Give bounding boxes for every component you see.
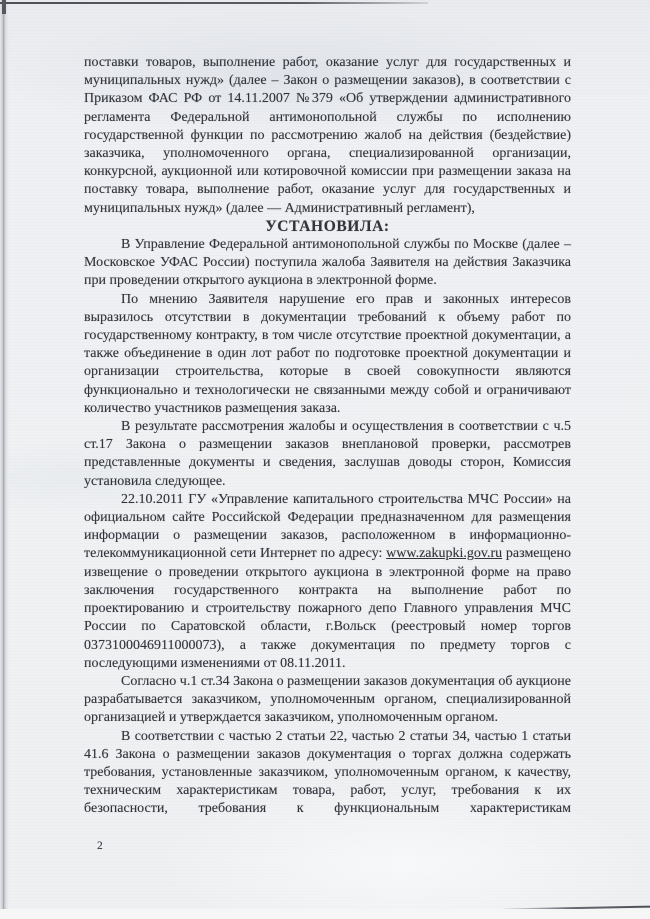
scan-edge-left	[0, 0, 9, 919]
document-body: поставки товаров, выполнение работ, оказ…	[84, 54, 571, 819]
paragraph-1-continuation: поставки товаров, выполнение работ, оказ…	[84, 54, 571, 218]
zakupki-url-text: www.zakupki.gov.ru	[386, 546, 502, 561]
paragraph-3: По мнению Заявителя нарушение его прав и…	[84, 291, 571, 418]
paragraph-6: Согласно ч.1 ст.34 Закона о размещении з…	[84, 673, 571, 728]
page-number: 2	[97, 840, 103, 852]
scan-edge-top	[0, 2, 428, 4]
scan-corner-mark	[2, 0, 6, 14]
paragraph-4: В результате рассмотрения жалобы и осуще…	[84, 418, 571, 491]
resolution-heading: УСТАНОВИЛА:	[84, 218, 571, 236]
paragraph-2: В Управление Федеральной антимонопольной…	[84, 236, 571, 291]
scan-edge-left-line	[3, 0, 4, 919]
scanned-document-page: поставки товаров, выполнение работ, оказ…	[0, 0, 650, 919]
scanner-background-strip	[0, 909, 650, 919]
paragraph-5-text-after-link: размещено извещение о проведении открыто…	[84, 546, 571, 670]
paragraph-5: 22.10.2011 ГУ «Управление капитального с…	[84, 491, 571, 673]
paragraph-7: В соответствии с частью 2 статьи 22, час…	[84, 728, 571, 819]
